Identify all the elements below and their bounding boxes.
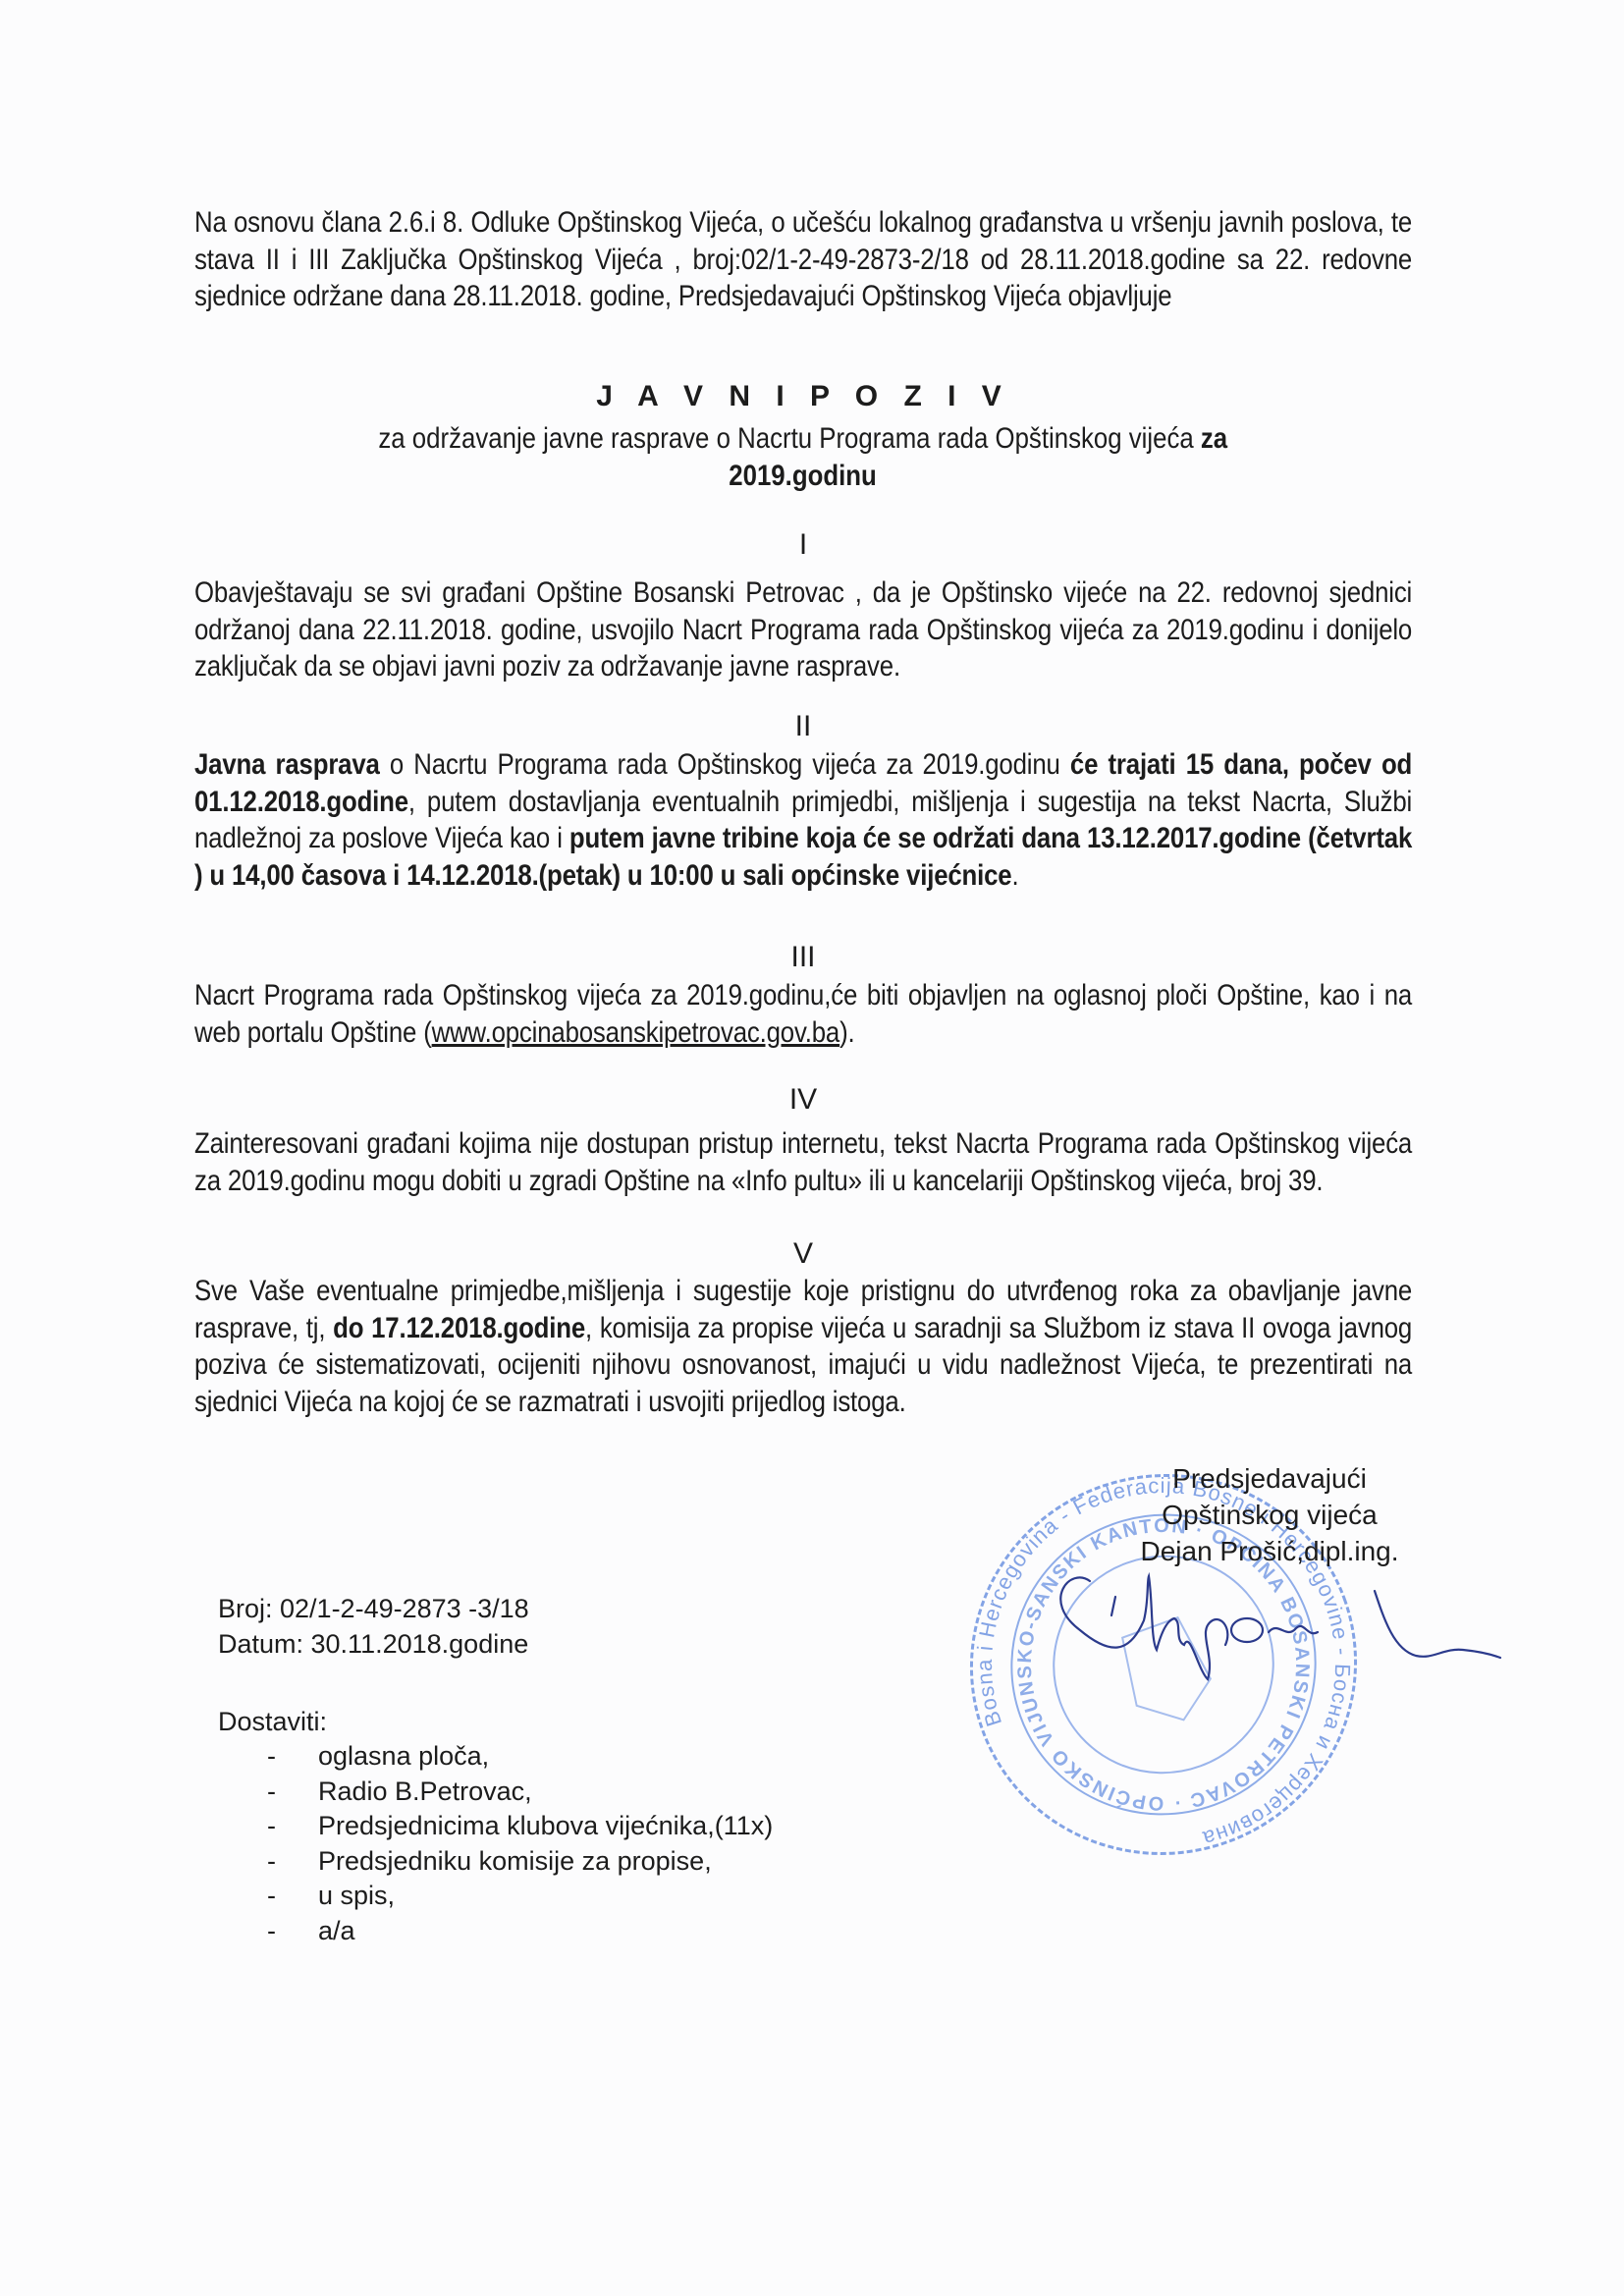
document-number: Broj: 02/1-2-49-2873 -3/18 <box>218 1591 529 1626</box>
section-1-text: Obavještavaju se svi građani Opštine Bos… <box>194 574 1412 685</box>
section-numeral-1: I <box>194 528 1412 562</box>
section-4: Zainteresovani građani kojima nije dostu… <box>194 1125 1412 1199</box>
document-subtitle: za održavanje javne rasprave o Nacrtu Pr… <box>194 420 1412 494</box>
document-meta: Broj: 02/1-2-49-2873 -3/18 Datum: 30.11.… <box>218 1591 529 1662</box>
document-date: Datum: 30.11.2018.godine <box>218 1626 529 1662</box>
section-2-text: Javna rasprava o Nacrtu Programa rada Op… <box>194 746 1412 894</box>
list-item: -Predsjedniku komisije za propise, <box>267 1844 773 1880</box>
section-numeral-3: III <box>194 941 1412 974</box>
signatory-name: Dejan Prošić,dipl.ing. <box>1108 1533 1432 1569</box>
intro-text: Na osnovu člana 2.6.i 8. Odluke Opštinsk… <box>194 204 1412 315</box>
section-3-text-after: ). <box>839 1016 854 1049</box>
list-item: -oglasna ploča, <box>267 1739 773 1775</box>
bullet-dash: - <box>267 1775 318 1810</box>
section-4-text: Zainteresovani građani kojima nije dostu… <box>194 1125 1412 1199</box>
distribution-item: a/a <box>318 1914 355 1949</box>
distribution-item: oglasna ploča, <box>318 1739 489 1775</box>
intro-paragraph: Na osnovu člana 2.6.i 8. Odluke Opštinsk… <box>194 204 1412 315</box>
section-3: Nacrt Programa rada Opštinskog vijeća za… <box>194 977 1412 1051</box>
bullet-dash: - <box>267 1879 318 1914</box>
signatory-block: Predsjedavajući Opštinskog vijeća Dejan … <box>1108 1460 1432 1569</box>
handwritten-signature-icon <box>1051 1561 1502 1709</box>
section-5-text: Sve Vaše eventualne primjedbe,mišljenja … <box>194 1273 1412 1420</box>
section-numeral-4: IV <box>194 1083 1412 1117</box>
section-1: Obavještavaju se svi građani Opštine Bos… <box>194 574 1412 685</box>
distribution-label: Dostaviti: <box>218 1704 327 1739</box>
section-2: Javna rasprava o Nacrtu Programa rada Op… <box>194 746 1412 894</box>
list-item: -Radio B.Petrovac, <box>267 1775 773 1810</box>
bullet-dash: - <box>267 1739 318 1775</box>
section-2-part: Javna rasprava <box>194 748 380 781</box>
web-portal-link[interactable]: www.opcinabosanskipetrovac.gov.ba <box>432 1016 840 1049</box>
subtitle-bold-za: za <box>1201 422 1227 455</box>
section-numeral-2: II <box>194 710 1412 743</box>
distribution-list: -oglasna ploča, -Radio B.Petrovac, -Pred… <box>267 1739 773 1948</box>
list-item: -Predsjednicima klubova vijećnika,(11x) <box>267 1809 773 1844</box>
section-3-text: Nacrt Programa rada Opštinskog vijeća za… <box>194 977 1412 1051</box>
subtitle-regular: za održavanje javne rasprave o Nacrtu Pr… <box>379 422 1201 455</box>
distribution-item: Predsjednicima klubova vijećnika,(11x) <box>318 1809 773 1844</box>
distribution-item: Radio B.Petrovac, <box>318 1775 532 1810</box>
signatory-title-line2: Opštinskog vijeća <box>1108 1497 1432 1533</box>
bullet-dash: - <box>267 1809 318 1844</box>
list-item: -a/a <box>267 1914 773 1949</box>
distribution-item: Predsjedniku komisije za propise, <box>318 1844 712 1880</box>
signatory-title-line1: Predsjedavajući <box>1108 1460 1432 1497</box>
list-item: -u spis, <box>267 1879 773 1914</box>
bullet-dash: - <box>267 1914 318 1949</box>
section-numeral-5: V <box>194 1237 1412 1271</box>
section-5: Sve Vaše eventualne primjedbe,mišljenja … <box>194 1273 1412 1420</box>
bullet-dash: - <box>267 1844 318 1880</box>
distribution-item: u spis, <box>318 1879 395 1914</box>
document-title: J A V N I P O Z I V <box>194 380 1412 413</box>
section-2-part: o Nacrtu Programa rada Opštinskog vijeća… <box>380 748 1070 781</box>
section-5-part: do 17.12.2018.godine <box>333 1312 585 1344</box>
scanned-document-page: Na osnovu člana 2.6.i 8. Odluke Opštinsk… <box>0 0 1624 2296</box>
subtitle-year: 2019.godinu <box>730 458 878 495</box>
section-2-part: . <box>1011 859 1018 892</box>
